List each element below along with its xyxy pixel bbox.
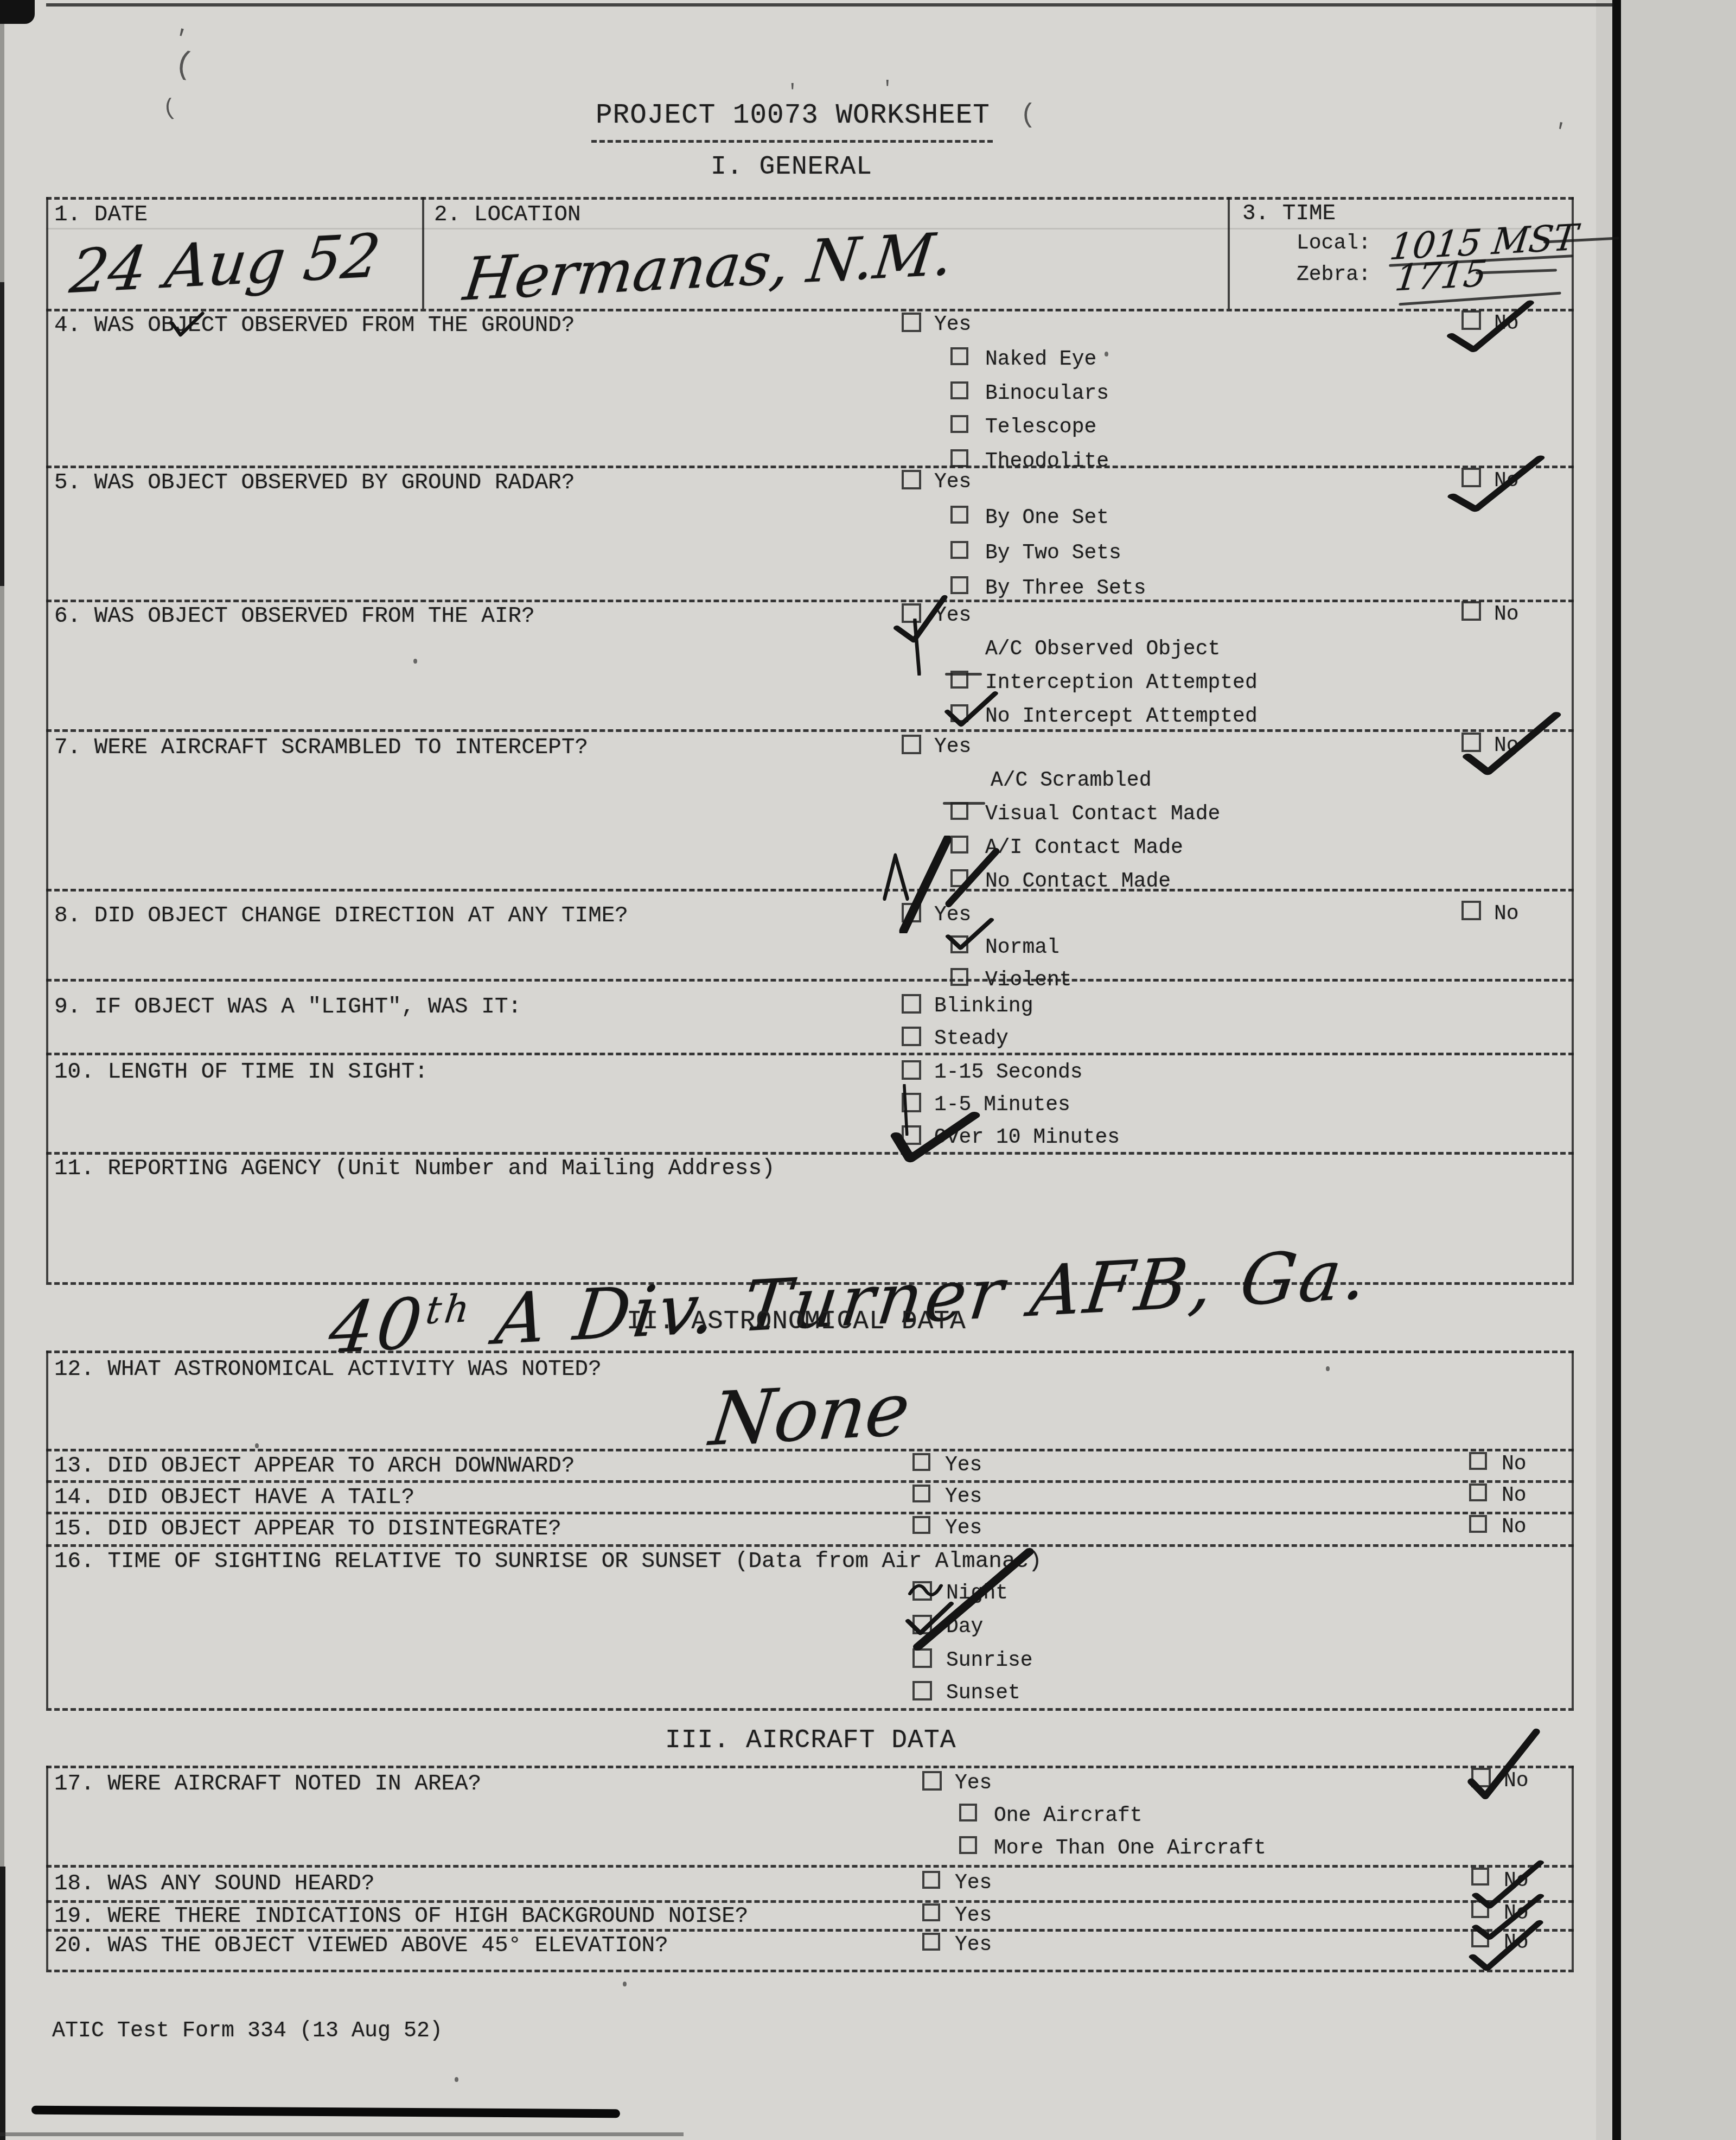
table-border	[46, 1900, 1574, 1903]
ink-dot	[623, 1982, 627, 1986]
checkbox-q8-yes	[902, 903, 921, 922]
table-border	[46, 1512, 1574, 1514]
q20-yes-label: Yes	[955, 1934, 992, 1957]
q5-yes-label: Yes	[934, 471, 971, 494]
ink-speck: '	[1550, 119, 1568, 146]
q10-option-label: 1-5 Minutes	[934, 1094, 1070, 1117]
scan-left-dark-1	[0, 282, 4, 586]
table-border	[46, 889, 1574, 891]
q17-option-label: More Than One Aircraft	[994, 1837, 1266, 1860]
location-field-label: 2. LOCATION	[434, 203, 581, 227]
scan-right-edge-line	[1612, 0, 1621, 2140]
table-border	[46, 1766, 48, 1970]
table-border	[46, 1970, 1574, 1972]
q5-option-label: By Three Sets	[985, 577, 1146, 600]
ink-dot	[455, 2077, 458, 2082]
checkbox-q10-over10	[902, 1125, 921, 1145]
scan-fold-shadow	[1596, 0, 1612, 2140]
table-border	[46, 1351, 48, 1708]
q7-option-label: No Contact Made	[985, 870, 1171, 893]
time-field-label: 3. TIME	[1242, 202, 1336, 226]
checkbox-q8-no	[1461, 901, 1481, 920]
checkbox-q7-no-contact	[950, 869, 968, 887]
question-6-label: 6. WAS OBJECT OBSERVED FROM THE AIR?	[54, 604, 535, 629]
handwritten-caret-q7-no-contact	[882, 853, 914, 901]
checkbox-q15-yes	[912, 1516, 930, 1534]
scan-bottom-streak	[31, 2106, 620, 2118]
scan-bottom-edge-line	[0, 2132, 684, 2136]
checkbox-q14-yes	[912, 1485, 930, 1502]
question-18-label: 18. WAS ANY SOUND HEARD?	[54, 1872, 375, 1896]
q6-no-label: No	[1494, 603, 1519, 626]
q7-yes-label: Yes	[934, 736, 971, 759]
table-border	[46, 979, 1574, 982]
q16-option-label: Night	[946, 1582, 1008, 1605]
time-zebra-label: Zebra:	[1297, 264, 1371, 286]
table-border	[46, 1351, 1574, 1353]
q11-agency-sup: th	[423, 1286, 475, 1333]
table-border	[46, 197, 48, 1282]
checkbox-q13-no	[1469, 1452, 1487, 1470]
q7-option-label: A/I Contact Made	[985, 837, 1183, 859]
checkbox-q10-minutes	[902, 1093, 921, 1112]
checkbox-q20-no	[1471, 1929, 1489, 1947]
q5-option-label: By One Set	[985, 507, 1109, 530]
q17-yes-label: Yes	[955, 1772, 992, 1795]
checkbox-q4-no	[1461, 310, 1481, 330]
scan-left-dark-2	[0, 1867, 5, 2140]
q9-option-label: Steady	[934, 1028, 1009, 1050]
checkbox-q5-three-sets	[950, 576, 968, 594]
question-8-label: 8. DID OBJECT CHANGE DIRECTION AT ANY TI…	[54, 904, 628, 928]
question-19-label: 19. WERE THERE INDICATIONS OF HIGH BACKG…	[54, 1905, 748, 1929]
checkbox-q16-night	[912, 1581, 932, 1601]
q12-activity-value: None	[706, 1366, 915, 1462]
checkbox-q18-yes	[922, 1871, 940, 1889]
q16-option-label: Day	[946, 1616, 983, 1639]
q7-option-label: A/C Scrambled	[991, 769, 1151, 792]
checkbox-q5-two-sets	[950, 541, 968, 559]
date-field-value: 24 Aug 52	[66, 221, 384, 307]
q4-no-label: No	[1494, 313, 1519, 335]
checkbox-q5-one-set	[950, 506, 968, 524]
checkbox-q7-yes	[902, 735, 921, 754]
checkbox-q13-yes	[912, 1453, 930, 1471]
question-16-label: 16. TIME OF SIGHTING RELATIVE TO SUNRISE…	[54, 1550, 1042, 1574]
checkbox-q9-blinking	[902, 994, 921, 1014]
q14-no-label: No	[1502, 1485, 1527, 1507]
location-field-value: Hermanas, N.M.	[460, 220, 957, 314]
checkbox-q4-naked-eye	[950, 347, 968, 365]
q7-no-label: No	[1494, 735, 1519, 757]
title-underline	[591, 140, 993, 143]
q8-option-label: Normal	[985, 937, 1060, 959]
q6-option-label: No Intercept Attempted	[985, 705, 1258, 728]
scanned-worksheet-page: ' ( ( ( ' ' ' PROJECT 10073 WORKSHEET I.…	[0, 0, 1736, 2140]
q4-option-label: Telescope	[985, 416, 1096, 439]
q17-no-label: No	[1504, 1770, 1529, 1793]
checkbox-q9-steady	[902, 1027, 921, 1046]
checkbox-q20-yes	[922, 1933, 940, 1951]
checkbox-q4-yes	[902, 313, 921, 332]
table-border	[46, 1929, 1574, 1932]
scan-top-edge-line	[46, 3, 1614, 7]
q13-no-label: No	[1502, 1453, 1527, 1476]
table-border	[46, 1544, 1574, 1547]
checkbox-q14-no	[1469, 1483, 1487, 1501]
checkbox-q19-no	[1471, 1900, 1489, 1918]
checkbox-q7-no	[1461, 733, 1481, 752]
checkbox-q5-no	[1461, 468, 1481, 487]
table-border	[46, 729, 1574, 732]
ink-dot	[1105, 352, 1108, 356]
q5-option-label: By Two Sets	[985, 542, 1121, 565]
q10-option-label: Over 10 Minutes	[934, 1126, 1120, 1149]
q6-option-label: Interception Attempted	[985, 672, 1258, 695]
table-border	[422, 197, 424, 309]
table-border	[46, 309, 1574, 311]
question-11-label: 11. REPORTING AGENCY (Unit Number and Ma…	[54, 1157, 775, 1181]
q18-no-label: No	[1504, 1870, 1529, 1893]
q11-agency-rest: A Div. Turner AFB, Ga.	[465, 1233, 1374, 1362]
q13-yes-label: Yes	[945, 1454, 982, 1477]
question-10-label: 10. LENGTH OF TIME IN SIGHT:	[54, 1060, 428, 1085]
table-border	[1572, 1766, 1574, 1970]
checkbox-q4-binoculars	[950, 381, 968, 399]
q8-no-label: No	[1494, 903, 1519, 926]
q16-option-label: Sunrise	[946, 1649, 1033, 1672]
table-border	[46, 197, 1574, 200]
ink-speck: (	[1020, 100, 1036, 131]
table-border	[46, 466, 1574, 468]
section-1-heading: I. GENERAL	[711, 153, 872, 182]
page-title: PROJECT 10073 WORKSHEET	[596, 101, 990, 131]
q8-yes-label: Yes	[934, 904, 971, 927]
checkbox-q5-yes	[902, 470, 921, 489]
scan-right-margin	[1621, 0, 1736, 2140]
q18-yes-label: Yes	[955, 1872, 992, 1895]
checkbox-q17-more-aircraft	[959, 1836, 977, 1854]
checkbox-q17-yes	[922, 1771, 942, 1791]
q4-option-label: Theodolite	[985, 450, 1109, 473]
section-2-heading: II. ASTRONOMICAL DATA	[627, 1308, 966, 1336]
ink-dot	[413, 659, 417, 664]
checkbox-q6-no	[1461, 601, 1481, 621]
question-4-label: 4. WAS OBJECT OBSERVED FROM THE GROUND?	[54, 314, 575, 338]
q6-yes-label: Yes	[934, 604, 971, 627]
question-15-label: 15. DID OBJECT APPEAR TO DISINTEGRATE?	[54, 1517, 561, 1542]
q19-yes-label: Yes	[955, 1905, 992, 1927]
question-12-label: 12. WHAT ASTRONOMICAL ACTIVITY WAS NOTED…	[54, 1358, 602, 1382]
checkbox-q6-yes	[902, 603, 921, 623]
checkbox-q8-violent	[950, 968, 968, 986]
checkbox-q16-sunset	[912, 1681, 932, 1700]
question-17-label: 17. WERE AIRCRAFT NOTED IN AREA?	[54, 1772, 481, 1797]
checkbox-q17-one-aircraft	[959, 1804, 977, 1821]
checkbox-q6-interception-attempted	[950, 671, 968, 689]
handwritten-check-q4-no	[1440, 297, 1540, 361]
table-border	[1572, 1351, 1574, 1708]
checkbox-q8-normal	[950, 935, 968, 953]
handwritten-dash	[1476, 269, 1557, 274]
q17-option-label: One Aircraft	[994, 1805, 1143, 1827]
q20-no-label: No	[1504, 1932, 1529, 1954]
ink-speck: '	[882, 78, 893, 100]
handwritten-stroke-q6-observed	[907, 619, 927, 676]
table-border	[46, 1708, 1574, 1711]
checkbox-q7-ai-contact	[950, 836, 968, 854]
section-3-heading: III. AIRCRAFT DATA	[665, 1727, 956, 1755]
checkbox-q17-no	[1471, 1768, 1491, 1787]
table-border	[1228, 197, 1230, 309]
checkbox-q16-sunrise	[912, 1648, 932, 1668]
q19-no-label: No	[1504, 1902, 1529, 1925]
checkbox-q18-no	[1471, 1868, 1489, 1886]
q15-no-label: No	[1502, 1516, 1527, 1539]
table-border	[1572, 197, 1574, 1282]
checkbox-q15-no	[1469, 1515, 1487, 1533]
question-7-label: 7. WERE AIRCRAFT SCRAMBLED TO INTERCEPT?	[54, 736, 588, 760]
question-13-label: 13. DID OBJECT APPEAR TO ARCH DOWNWARD?	[54, 1454, 575, 1479]
table-border	[46, 600, 1574, 602]
q14-yes-label: Yes	[945, 1486, 982, 1508]
checkbox-q16-day	[912, 1615, 932, 1634]
table-border	[46, 1480, 1574, 1483]
table-border	[46, 1865, 1574, 1868]
question-20-label: 20. WAS THE OBJECT VIEWED ABOVE 45° ELEV…	[54, 1934, 668, 1958]
q8-option-label: Violent	[985, 969, 1072, 992]
table-border	[46, 1053, 1574, 1055]
question-5-label: 5. WAS OBJECT OBSERVED BY GROUND RADAR?	[54, 471, 575, 495]
checkbox-q19-yes	[922, 1903, 940, 1921]
q16-option-label: Sunset	[946, 1682, 1020, 1705]
question-14-label: 14. DID OBJECT HAVE A TAIL?	[54, 1486, 414, 1510]
q4-yes-label: Yes	[934, 314, 971, 336]
q7-option-label: Visual Contact Made	[985, 803, 1220, 826]
checkbox-q7-visual-contact	[950, 802, 968, 820]
date-field-label: 1. DATE	[54, 203, 148, 227]
scan-corner-blob	[0, 0, 35, 24]
checkbox-q4-telescope	[950, 415, 968, 433]
checkbox-q6-no-intercept	[950, 704, 968, 722]
checkbox-q4-theodolite	[950, 449, 968, 467]
q9-option-label: Blinking	[934, 995, 1033, 1018]
q6-option-label: A/C Observed Object	[985, 638, 1220, 661]
checkbox-q10-seconds	[902, 1060, 921, 1080]
table-border	[46, 1766, 1574, 1768]
q10-option-label: 1-15 Seconds	[934, 1061, 1083, 1084]
q4-option-label: Binoculars	[985, 383, 1109, 405]
q15-yes-label: Yes	[945, 1517, 982, 1540]
time-local-label: Local:	[1297, 232, 1371, 255]
question-9-label: 9. IF OBJECT WAS A "LIGHT", WAS IT:	[54, 995, 521, 1020]
ink-speck: (	[161, 95, 178, 123]
q4-option-label: Naked Eye	[985, 348, 1096, 371]
form-id-footer: ATIC Test Form 334 (13 Aug 52)	[52, 2020, 443, 2043]
q5-no-label: No	[1494, 470, 1519, 493]
